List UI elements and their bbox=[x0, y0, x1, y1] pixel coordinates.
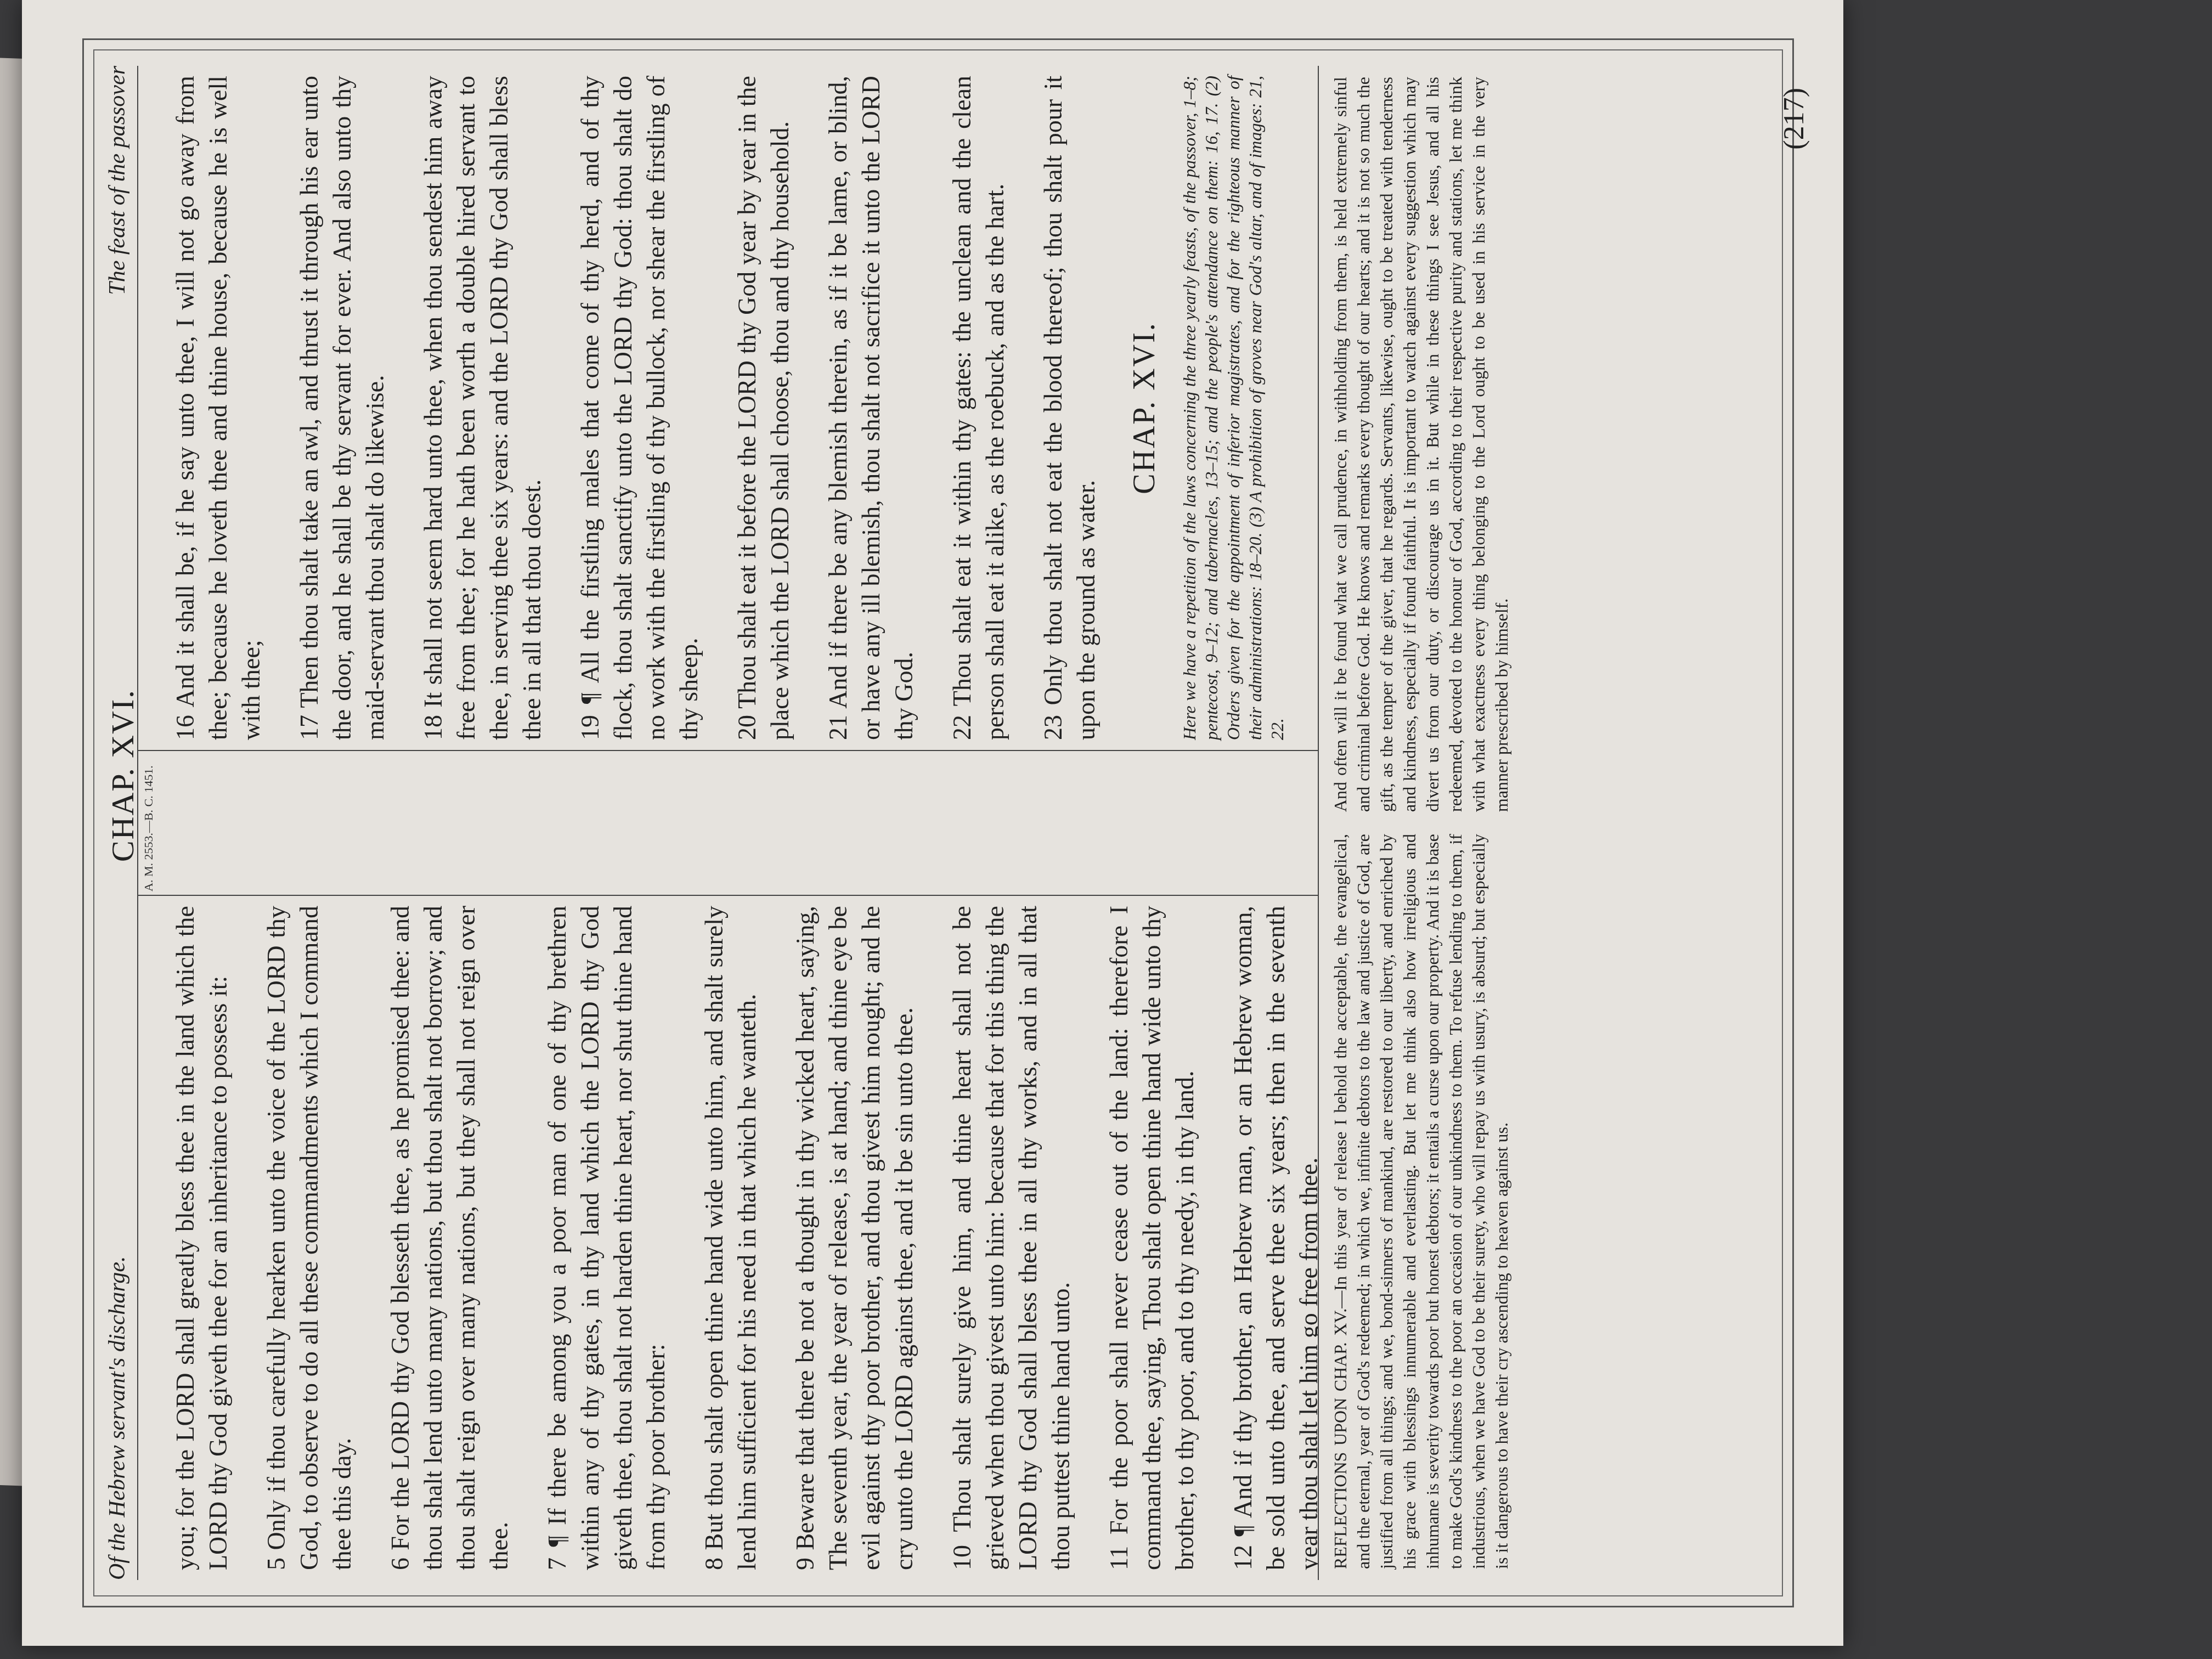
reflections-right: And often will it be found what we call … bbox=[1329, 66, 1513, 823]
verse: 18 It shall not seem hard unto thee, whe… bbox=[417, 76, 549, 740]
margin-dates: A. M. 2553.—B. C. 1451. bbox=[142, 754, 156, 891]
page-content: Of the Hebrew servant's discharge. CHAP.… bbox=[104, 66, 1767, 1580]
verse: 23 Only thou shalt not eat the blood the… bbox=[1037, 76, 1103, 740]
header-right: The feast of the passover bbox=[104, 66, 137, 295]
column-right: 16 And it shall be, if he say unto thee,… bbox=[138, 66, 1318, 750]
verse: 21 And if there be any blemish therein, … bbox=[822, 76, 921, 740]
verse: 7 ¶ If there be among you a poor man of … bbox=[541, 906, 673, 1570]
reflections: REFLECTIONS UPON CHAP. XV.—In this year … bbox=[1319, 66, 1513, 1580]
verse: 17 Then thou shalt take an awl, and thru… bbox=[293, 76, 392, 740]
reflections-left: REFLECTIONS UPON CHAP. XV.—In this year … bbox=[1329, 823, 1513, 1580]
verse: 5 Only if thou carefully hearken unto th… bbox=[260, 906, 359, 1570]
verse: 9 Beware that there be not a thought in … bbox=[789, 906, 921, 1570]
header-left: Of the Hebrew servant's discharge. bbox=[104, 1256, 137, 1580]
running-header: Of the Hebrew servant's discharge. CHAP.… bbox=[104, 66, 138, 1580]
verse: OBSERVE the month of Abib, and keep the … bbox=[1313, 76, 1318, 740]
cross-references: A. M. 2553.—B. C. 1451. bbox=[138, 750, 1318, 896]
chapter-summary: Here we have a repetition of the laws co… bbox=[1178, 76, 1288, 740]
verse: you; for the LORD shall greatly bless th… bbox=[169, 906, 235, 1570]
verse: 16 And it shall be, if he say unto thee,… bbox=[169, 76, 268, 740]
verse: 10 Thou shalt surely give him, and thine… bbox=[946, 906, 1077, 1570]
book-page: Of the Hebrew servant's discharge. CHAP.… bbox=[22, 0, 1843, 1646]
verse: 8 But thou shalt open thine hand wide un… bbox=[698, 906, 764, 1570]
column-left: you; for the LORD shall greatly bless th… bbox=[138, 896, 1318, 1580]
page-number: (217) bbox=[1778, 88, 1810, 150]
verse: 20 Thou shalt eat it before the LORD thy… bbox=[731, 76, 797, 740]
verse: 12 ¶ And if thy brother, an Hebrew man, … bbox=[1227, 906, 1318, 1570]
chapter-heading: CHAP. XVI. bbox=[1128, 76, 1161, 740]
verse: 19 ¶ All the firstling males that come o… bbox=[574, 76, 706, 740]
verse: 6 For the LORD thy God blesseth thee, as… bbox=[384, 906, 516, 1570]
verse: 11 For the poor shall never cease out of… bbox=[1103, 906, 1201, 1570]
header-chapter: CHAP. XVI. bbox=[104, 689, 137, 862]
verse: 22 Thou shalt eat it within thy gates: t… bbox=[946, 76, 1012, 740]
scripture-columns: you; for the LORD shall greatly bless th… bbox=[138, 66, 1319, 1580]
